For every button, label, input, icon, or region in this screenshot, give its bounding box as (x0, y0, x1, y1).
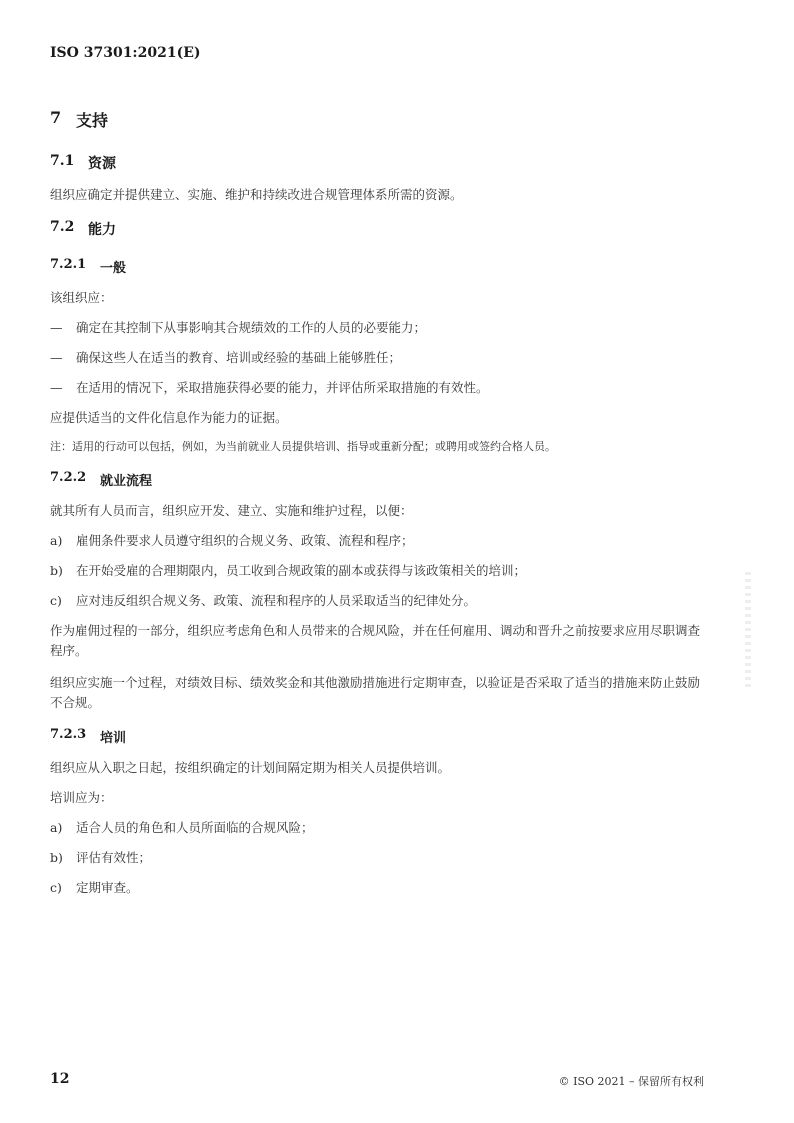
list-item: — 在适用的情况下，采取措施获得必要的能力，并评估所采取措施的有效性。 (50, 378, 710, 398)
margin-watermark (745, 572, 751, 688)
section-title: 资源 (88, 153, 116, 173)
paragraph: 组织应从入职之日起，按组织确定的计划间隔定期为相关人员提供培训。 (50, 758, 710, 778)
section-title: 就业流程 (100, 470, 152, 489)
list-text: 定期审查。 (76, 878, 139, 898)
paragraph: 组织应确定并提供建立、实施、维护和持续改进合规管理体系所需的资源。 (50, 185, 710, 205)
section-heading-7-2-2: 7.2.2 就业流程 (50, 470, 710, 489)
section-title: 培训 (100, 727, 126, 746)
list-text: 在开始受雇的合理期限内，员工收到合规政策的副本或获得与该政策相关的培训； (76, 561, 526, 581)
copyright-notice: © ISO 2021 – 保留所有权利 (559, 1073, 704, 1089)
list-marker: — (50, 348, 76, 368)
note: 注：适用的行动可以包括，例如，为当前就业人员提供培训、指导或重新分配；或聘用或签… (50, 438, 710, 456)
list-marker: — (50, 318, 76, 338)
section-number: 7.2 (50, 219, 88, 239)
section-title: 能力 (88, 219, 116, 239)
section-number: 7.2.1 (50, 257, 100, 276)
list-marker: a) (50, 818, 76, 838)
section-number: 7.1 (50, 153, 88, 173)
paragraph: 就其所有人员而言，组织应开发、建立、实施和维护过程，以便： (50, 501, 710, 521)
paragraph: 培训应为： (50, 788, 710, 808)
list-text: 确定在其控制下从事影响其合规绩效的工作的人员的必要能力； (76, 318, 426, 338)
section-title: 支持 (76, 108, 108, 131)
list-item: c) 应对违反组织合规义务、政策、流程和程序的人员采取适当的纪律处分。 (50, 591, 710, 611)
section-heading-7-1: 7.1 资源 (50, 153, 710, 173)
list-marker: c) (50, 878, 76, 898)
list-item: — 确定在其控制下从事影响其合规绩效的工作的人员的必要能力； (50, 318, 710, 338)
list-item: — 确保这些人在适当的教育、培训或经验的基础上能够胜任； (50, 348, 710, 368)
list-marker: — (50, 378, 76, 398)
list-text: 确保这些人在适当的教育、培训或经验的基础上能够胜任； (76, 348, 401, 368)
list-marker: b) (50, 561, 76, 581)
page-content: 7 支持 7.1 资源 组织应确定并提供建立、实施、维护和持续改进合规管理体系所… (50, 108, 710, 908)
list-marker: a) (50, 531, 76, 551)
list-item: b) 评估有效性； (50, 848, 710, 868)
document-id: ISO 37301:2021(E) (50, 45, 201, 61)
list-marker: b) (50, 848, 76, 868)
page-number: 12 (50, 1071, 69, 1087)
list-text: 雇佣条件要求人员遵守组织的合规义务、政策、流程和程序； (76, 531, 414, 551)
section-heading-7-2-3: 7.2.3 培训 (50, 727, 710, 746)
list-text: 在适用的情况下，采取措施获得必要的能力，并评估所采取措施的有效性。 (76, 378, 489, 398)
paragraph: 该组织应： (50, 288, 710, 308)
section-heading-7: 7 支持 (50, 108, 710, 131)
section-number: 7 (50, 108, 76, 131)
section-title: 一般 (100, 257, 126, 276)
paragraph: 作为雇佣过程的一部分，组织应考虑角色和人员带来的合规风险，并在任何雇用、调动和晋… (50, 621, 710, 661)
list-item: c) 定期审查。 (50, 878, 710, 898)
paragraph: 组织应实施一个过程，对绩效目标、绩效奖金和其他激励措施进行定期审查，以验证是否采… (50, 673, 710, 713)
section-heading-7-2: 7.2 能力 (50, 219, 710, 239)
list-item: a) 适合人员的角色和人员所面临的合规风险； (50, 818, 710, 838)
section-heading-7-2-1: 7.2.1 一般 (50, 257, 710, 276)
section-number: 7.2.3 (50, 727, 100, 746)
list-text: 评估有效性； (76, 848, 151, 868)
list-text: 适合人员的角色和人员所面临的合规风险； (76, 818, 314, 838)
list-text: 应对违反组织合规义务、政策、流程和程序的人员采取适当的纪律处分。 (76, 591, 476, 611)
list-item: a) 雇佣条件要求人员遵守组织的合规义务、政策、流程和程序； (50, 531, 710, 551)
paragraph: 应提供适当的文件化信息作为能力的证据。 (50, 408, 710, 428)
list-marker: c) (50, 591, 76, 611)
section-number: 7.2.2 (50, 470, 100, 489)
list-item: b) 在开始受雇的合理期限内，员工收到合规政策的副本或获得与该政策相关的培训； (50, 561, 710, 581)
